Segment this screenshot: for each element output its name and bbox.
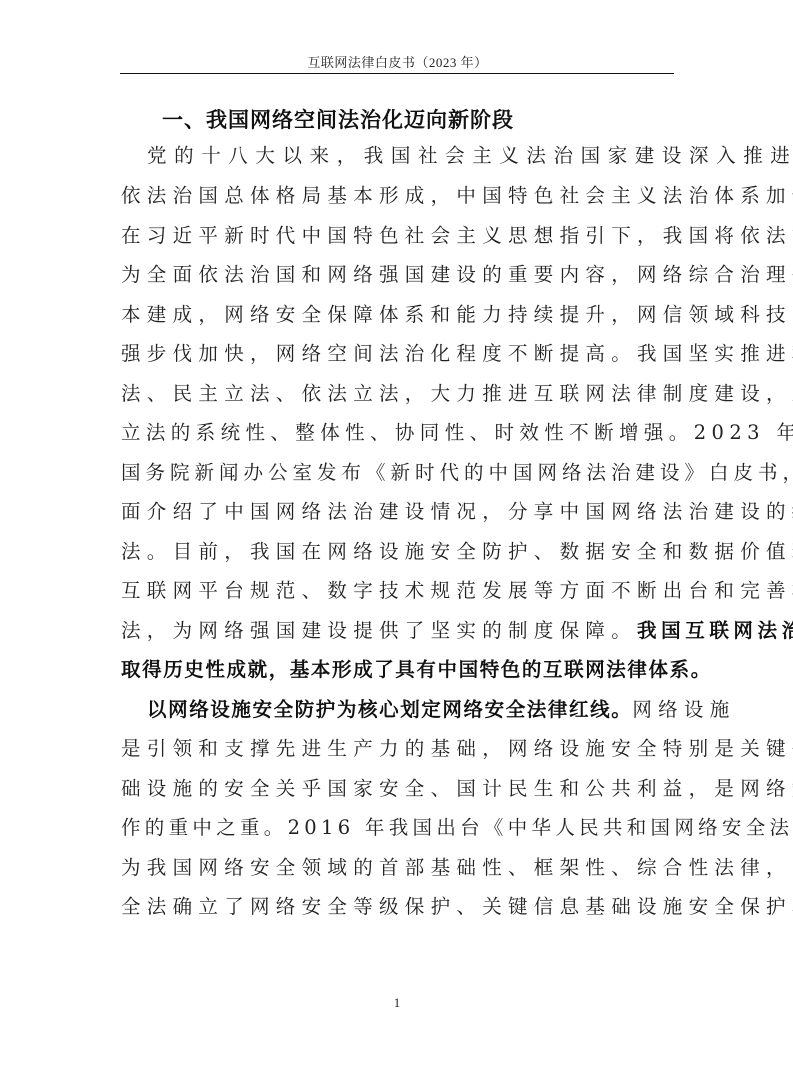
body-line: 面介绍了中国网络法治建设情况，分享中国网络法治建设的经验做 xyxy=(121,497,681,527)
body-line: 为全面依法治国和网络强国建设的重要内容，网络综合治理体系基 xyxy=(121,260,681,290)
body-line: 础设施的安全关乎国家安全、国计民生和公共利益，是网络安全工 xyxy=(121,774,681,804)
body-line: 法。目前，我国在网络设施安全防护、数据安全和数据价值释放、 xyxy=(121,537,681,567)
body-line: 党的十八大以来，我国社会主义法治国家建设深入推进，全面 xyxy=(147,141,707,171)
body-line: 国务院新闻办公室发布《新时代的中国网络法治建设》白皮书，全 xyxy=(121,458,681,488)
body-text: 网络设施 xyxy=(632,698,735,721)
page-number: 1 xyxy=(391,995,403,1011)
body-line: 强步伐加快，网络空间法治化程度不断提高。我国坚实推进科学立 xyxy=(121,339,681,369)
body-line: 取得历史性成就，基本形成了具有中国特色的互联网法律体系。 xyxy=(121,655,681,685)
body-line: 法、民主立法、依法立法，大力推进互联网法律制度建设，互联网 xyxy=(121,379,681,409)
body-text: 法，为网络强国建设提供了坚实的制度保障。 xyxy=(121,619,637,642)
body-line: 以网络设施安全防护为核心划定网络安全法律红线。网络设施 xyxy=(147,695,707,725)
bold-emphasis: 取得历史性成就，基本形成了具有中国特色的互联网法律体系。 xyxy=(121,658,712,681)
bold-emphasis: 我国互联网法治建设 xyxy=(637,619,793,642)
bold-emphasis: 以网络设施安全防护为核心划定网络安全法律红线。 xyxy=(147,698,632,721)
body-line: 是引领和支撑先进生产力的基础，网络设施安全特别是关键信息基 xyxy=(121,734,681,764)
body-line: 作的重中之重。2016 年我国出台《中华人民共和国网络安全法》，作 xyxy=(121,813,681,843)
body-line: 全法确立了网络安全等级保护、关键信息基础设施安全保护、网络 xyxy=(121,892,681,922)
page-header: 互联网法律白皮书（2023 年） xyxy=(120,52,675,71)
body-line: 本建成，网络安全保障体系和能力持续提升，网信领域科技自立自 xyxy=(121,300,681,330)
header-rule xyxy=(120,73,674,74)
body-line: 依法治国总体格局基本形成，中国特色社会主义法治体系加快建设。 xyxy=(121,181,681,211)
body-line: 立法的系统性、整体性、协同性、时效性不断增强。2023 年 3 月， xyxy=(121,418,681,448)
body-line: 为我国网络安全领域的首部基础性、框架性、综合性法律，网络安 xyxy=(121,853,681,883)
section-title: 一、我国网络空间法治化迈向新阶段 xyxy=(162,104,514,134)
body-line: 法，为网络强国建设提供了坚实的制度保障。我国互联网法治建设 xyxy=(121,616,681,646)
body-line: 在习近平新时代中国特色社会主义思想指引下，我国将依法治网作 xyxy=(121,221,681,251)
body-line: 互联网平台规范、数字技术规范发展等方面不断出台和完善相关立 xyxy=(121,576,681,606)
